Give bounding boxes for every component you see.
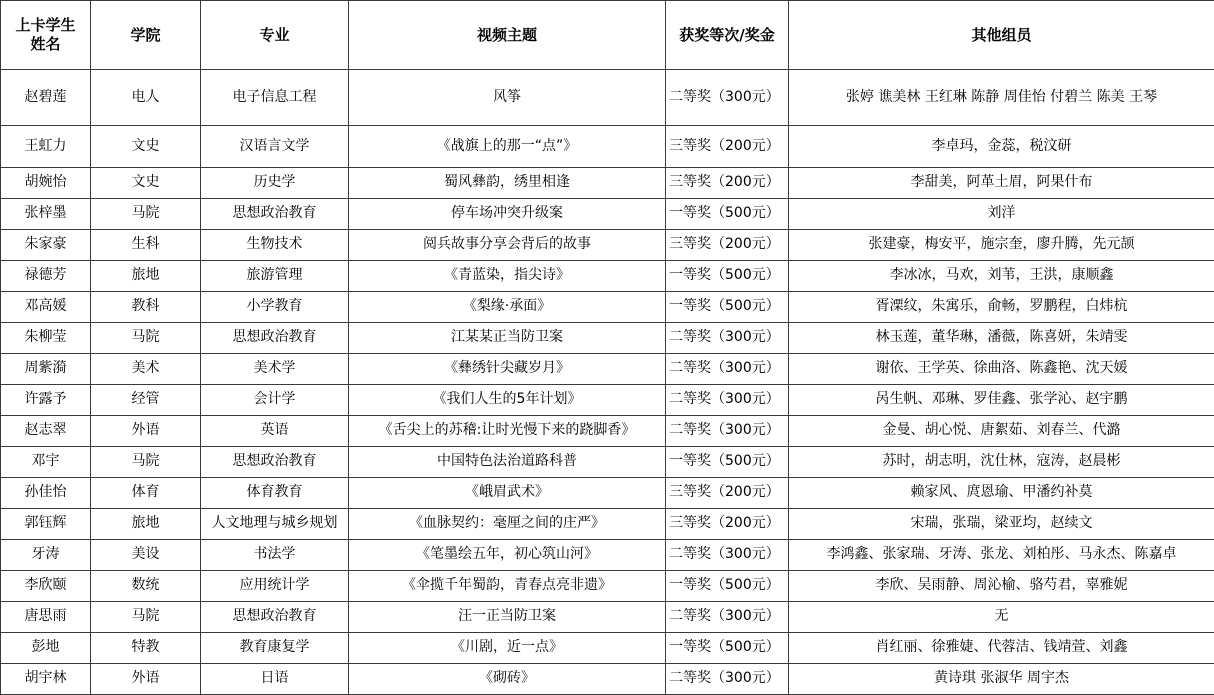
cell-name: 禄德芳: [1, 261, 91, 292]
table-row: 邓高媛教科小学教育《梨缘·承面》一等奖（500元）胥溧纹，朱寓乐，俞畅，罗鹏程，…: [1, 292, 1214, 323]
cell-name: 胡宇林: [1, 664, 91, 695]
cell-members: 胥溧纹，朱寓乐，俞畅，罗鹏程，白炜杭: [789, 292, 1214, 323]
table-row: 赵碧莲电人电子信息工程风筝二等奖（300元）张婷 谯美林 王红琳 陈静 周佳怡 …: [1, 70, 1214, 126]
cell-award: 二等奖（300元）: [666, 540, 789, 571]
cell-members: 林玉莲，董华琳，潘薇，陈喜妍，朱靖雯: [789, 323, 1214, 354]
table-row: 唐思雨马院思想政治教育汪一正当防卫案二等奖（300元）无: [1, 602, 1214, 633]
cell-college: 数统: [91, 571, 201, 602]
column-header-student-name: 上卡学生姓名: [1, 1, 91, 70]
cell-college: 美术: [91, 354, 201, 385]
cell-name: 彭地: [1, 633, 91, 664]
cell-topic: 蜀风彝韵，绣里相逢: [349, 168, 666, 199]
cell-major: 英语: [201, 416, 349, 447]
cell-college: 马院: [91, 199, 201, 230]
cell-members: 李甜美，阿革土眉，阿果什布: [789, 168, 1214, 199]
cell-name: 孙佳怡: [1, 478, 91, 509]
cell-major: 电子信息工程: [201, 70, 349, 126]
cell-award: 一等奖（500元）: [666, 571, 789, 602]
cell-topic: 停车场冲突升级案: [349, 199, 666, 230]
cell-members: 刘洋: [789, 199, 1214, 230]
cell-name: 张梓墨: [1, 199, 91, 230]
cell-topic: 阅兵故事分享会背后的故事: [349, 230, 666, 261]
cell-major: 体育教育: [201, 478, 349, 509]
cell-topic: 《战旗上的那一“点”》: [349, 126, 666, 168]
cell-name: 郭钰辉: [1, 509, 91, 540]
cell-major: 日语: [201, 664, 349, 695]
cell-topic: 《笔墨绘五年，初心筑山河》: [349, 540, 666, 571]
cell-award: 二等奖（300元）: [666, 354, 789, 385]
cell-name: 朱家豪: [1, 230, 91, 261]
cell-award: 一等奖（500元）: [666, 261, 789, 292]
cell-name: 周紫漪: [1, 354, 91, 385]
cell-topic: 汪一正当防卫案: [349, 602, 666, 633]
column-header-college: 学院: [91, 1, 201, 70]
cell-topic: 《我们人生的5年计划》: [349, 385, 666, 416]
cell-members: 肖红丽、徐雅婕、代蓉洁、钱靖萱、刘鑫: [789, 633, 1214, 664]
column-header-video-topic: 视频主题: [349, 1, 666, 70]
cell-members: 李冰冰，马欢，刘苇，王洪，康顺鑫: [789, 261, 1214, 292]
cell-major: 思想政治教育: [201, 447, 349, 478]
cell-members: 赖家风、庹恩瑜、甲潘约补莫: [789, 478, 1214, 509]
cell-topic: 中国特色法治道路科普: [349, 447, 666, 478]
cell-topic: 《伞揽千年蜀韵，青春点亮非遗》: [349, 571, 666, 602]
cell-name: 牙涛: [1, 540, 91, 571]
cell-major: 思想政治教育: [201, 199, 349, 230]
cell-members: 苏时，胡志明，沈仕林，寇涛，赵晨彬: [789, 447, 1214, 478]
cell-award: 一等奖（500元）: [666, 447, 789, 478]
cell-award: 三等奖（200元）: [666, 478, 789, 509]
column-header-student-name-label: 上卡学生姓名: [15, 16, 77, 54]
cell-award: 二等奖（300元）: [666, 385, 789, 416]
cell-major: 人文地理与城乡规划: [201, 509, 349, 540]
cell-college: 马院: [91, 602, 201, 633]
table-row: 彭地特教教育康复学《川剧，近一点》一等奖（500元）肖红丽、徐雅婕、代蓉洁、钱靖…: [1, 633, 1214, 664]
cell-college: 马院: [91, 447, 201, 478]
cell-major: 应用统计学: [201, 571, 349, 602]
cell-college: 经管: [91, 385, 201, 416]
cell-major: 旅游管理: [201, 261, 349, 292]
cell-award: 二等奖（300元）: [666, 70, 789, 126]
cell-major: 历史学: [201, 168, 349, 199]
table-row: 孙佳怡体育体育教育《峨眉武术》三等奖（200元）赖家风、庹恩瑜、甲潘约补莫: [1, 478, 1214, 509]
cell-award: 一等奖（500元）: [666, 199, 789, 230]
cell-topic: 《彝绣针尖藏岁月》: [349, 354, 666, 385]
cell-members: 张建豪，梅安平，施宗奎，廖升腾，先元颉: [789, 230, 1214, 261]
cell-award: 三等奖（200元）: [666, 168, 789, 199]
cell-topic: 《川剧，近一点》: [349, 633, 666, 664]
table-row: 许露予经管会计学《我们人生的5年计划》二等奖（300元）呙生帆、邓琳、罗佳鑫、张…: [1, 385, 1214, 416]
cell-members: 金曼、胡心悦、唐絮茹、刘春兰、代潞: [789, 416, 1214, 447]
cell-members: 无: [789, 602, 1214, 633]
cell-major: 会计学: [201, 385, 349, 416]
cell-members: 李卓玛，金蕊，税汶研: [789, 126, 1214, 168]
cell-award: 三等奖（200元）: [666, 230, 789, 261]
cell-topic: 《舌尖上的苏稽:让时光慢下来的跷脚香》: [349, 416, 666, 447]
column-header-other-members: 其他组员: [789, 1, 1214, 70]
cell-award: 三等奖（200元）: [666, 509, 789, 540]
table-row: 胡宇林外语日语《砌砖》二等奖（300元）黄诗琪 张淑华 周宇杰: [1, 664, 1214, 695]
cell-college: 生科: [91, 230, 201, 261]
cell-award: 二等奖（300元）: [666, 416, 789, 447]
cell-major: 思想政治教育: [201, 602, 349, 633]
cell-college: 旅地: [91, 261, 201, 292]
table-row: 胡婉怡文史历史学蜀风彝韵，绣里相逢三等奖（200元）李甜美，阿革土眉，阿果什布: [1, 168, 1214, 199]
cell-college: 体育: [91, 478, 201, 509]
cell-topic: 风筝: [349, 70, 666, 126]
cell-name: 胡婉怡: [1, 168, 91, 199]
cell-major: 美术学: [201, 354, 349, 385]
table-row: 邓宇马院思想政治教育中国特色法治道路科普一等奖（500元）苏时，胡志明，沈仕林，…: [1, 447, 1214, 478]
cell-name: 许露予: [1, 385, 91, 416]
cell-name: 李欣颐: [1, 571, 91, 602]
cell-name: 朱柳莹: [1, 323, 91, 354]
cell-topic: 《峨眉武术》: [349, 478, 666, 509]
cell-college: 美设: [91, 540, 201, 571]
cell-name: 王虹力: [1, 126, 91, 168]
cell-college: 文史: [91, 126, 201, 168]
table-row: 禄德芳旅地旅游管理《青蓝染，指尖诗》一等奖（500元）李冰冰，马欢，刘苇，王洪，…: [1, 261, 1214, 292]
table-row: 赵志翠外语英语《舌尖上的苏稽:让时光慢下来的跷脚香》二等奖（300元）金曼、胡心…: [1, 416, 1214, 447]
table-row: 李欣颐数统应用统计学《伞揽千年蜀韵，青春点亮非遗》一等奖（500元）李欣、吴雨静…: [1, 571, 1214, 602]
cell-college: 旅地: [91, 509, 201, 540]
cell-award: 三等奖（200元）: [666, 126, 789, 168]
column-header-award-prize: 获奖等次/奖金: [666, 1, 789, 70]
cell-name: 邓高媛: [1, 292, 91, 323]
cell-members: 宋瑞，张瑞，梁亚均，赵续文: [789, 509, 1214, 540]
cell-major: 小学教育: [201, 292, 349, 323]
cell-topic: 《血脉契约：毫厘之间的庄严》: [349, 509, 666, 540]
cell-award: 二等奖（300元）: [666, 664, 789, 695]
table-row: 郭钰辉旅地人文地理与城乡规划《血脉契约：毫厘之间的庄严》三等奖（200元）宋瑞，…: [1, 509, 1214, 540]
cell-college: 外语: [91, 416, 201, 447]
cell-college: 马院: [91, 323, 201, 354]
table-row: 周紫漪美术美术学《彝绣针尖藏岁月》二等奖（300元）谢依、王学英、徐曲洛、陈鑫艳…: [1, 354, 1214, 385]
cell-college: 外语: [91, 664, 201, 695]
cell-members: 李欣、吴雨静、周沁榆、骆芍君，辜雅妮: [789, 571, 1214, 602]
cell-college: 教科: [91, 292, 201, 323]
cell-topic: 《青蓝染，指尖诗》: [349, 261, 666, 292]
table-row: 张梓墨马院思想政治教育停车场冲突升级案一等奖（500元）刘洋: [1, 199, 1214, 230]
cell-major: 汉语言文学: [201, 126, 349, 168]
table-row: 朱柳莹马院思想政治教育江某某正当防卫案二等奖（300元）林玉莲，董华琳，潘薇，陈…: [1, 323, 1214, 354]
cell-major: 书法学: [201, 540, 349, 571]
cell-topic: 江某某正当防卫案: [349, 323, 666, 354]
cell-college: 特教: [91, 633, 201, 664]
column-header-major: 专业: [201, 1, 349, 70]
cell-award: 二等奖（300元）: [666, 323, 789, 354]
cell-major: 教育康复学: [201, 633, 349, 664]
cell-award: 二等奖（300元）: [666, 602, 789, 633]
table-row: 朱家豪生科生物技术阅兵故事分享会背后的故事三等奖（200元）张建豪，梅安平，施宗…: [1, 230, 1214, 261]
table-header: 上卡学生姓名 学院 专业 视频主题 获奖等次/奖金 其他组员: [1, 1, 1214, 70]
header-row: 上卡学生姓名 学院 专业 视频主题 获奖等次/奖金 其他组员: [1, 1, 1214, 70]
cell-members: 呙生帆、邓琳、罗佳鑫、张学沁、赵宇鹏: [789, 385, 1214, 416]
cell-college: 电人: [91, 70, 201, 126]
cell-name: 赵碧莲: [1, 70, 91, 126]
cell-name: 唐思雨: [1, 602, 91, 633]
cell-members: 谢依、王学英、徐曲洛、陈鑫艳、沈天媛: [789, 354, 1214, 385]
cell-award: 一等奖（500元）: [666, 292, 789, 323]
cell-members: 李鸿鑫、张家瑞、牙涛、张龙、刘柏彤、马永杰、陈嘉卓: [789, 540, 1214, 571]
student-award-table: 上卡学生姓名 学院 专业 视频主题 获奖等次/奖金 其他组员 赵碧莲电人电子信息…: [0, 0, 1214, 695]
table-row: 牙涛美设书法学《笔墨绘五年，初心筑山河》二等奖（300元）李鸿鑫、张家瑞、牙涛、…: [1, 540, 1214, 571]
cell-members: 黄诗琪 张淑华 周宇杰: [789, 664, 1214, 695]
cell-topic: 《砌砖》: [349, 664, 666, 695]
table-body: 赵碧莲电人电子信息工程风筝二等奖（300元）张婷 谯美林 王红琳 陈静 周佳怡 …: [1, 70, 1214, 695]
cell-name: 邓宇: [1, 447, 91, 478]
cell-topic: 《梨缘·承面》: [349, 292, 666, 323]
cell-award: 一等奖（500元）: [666, 633, 789, 664]
table-row: 王虹力文史汉语言文学《战旗上的那一“点”》三等奖（200元）李卓玛，金蕊，税汶研: [1, 126, 1214, 168]
cell-college: 文史: [91, 168, 201, 199]
cell-major: 生物技术: [201, 230, 349, 261]
cell-major: 思想政治教育: [201, 323, 349, 354]
cell-members: 张婷 谯美林 王红琳 陈静 周佳怡 付碧兰 陈美 王琴: [789, 70, 1214, 126]
cell-name: 赵志翠: [1, 416, 91, 447]
